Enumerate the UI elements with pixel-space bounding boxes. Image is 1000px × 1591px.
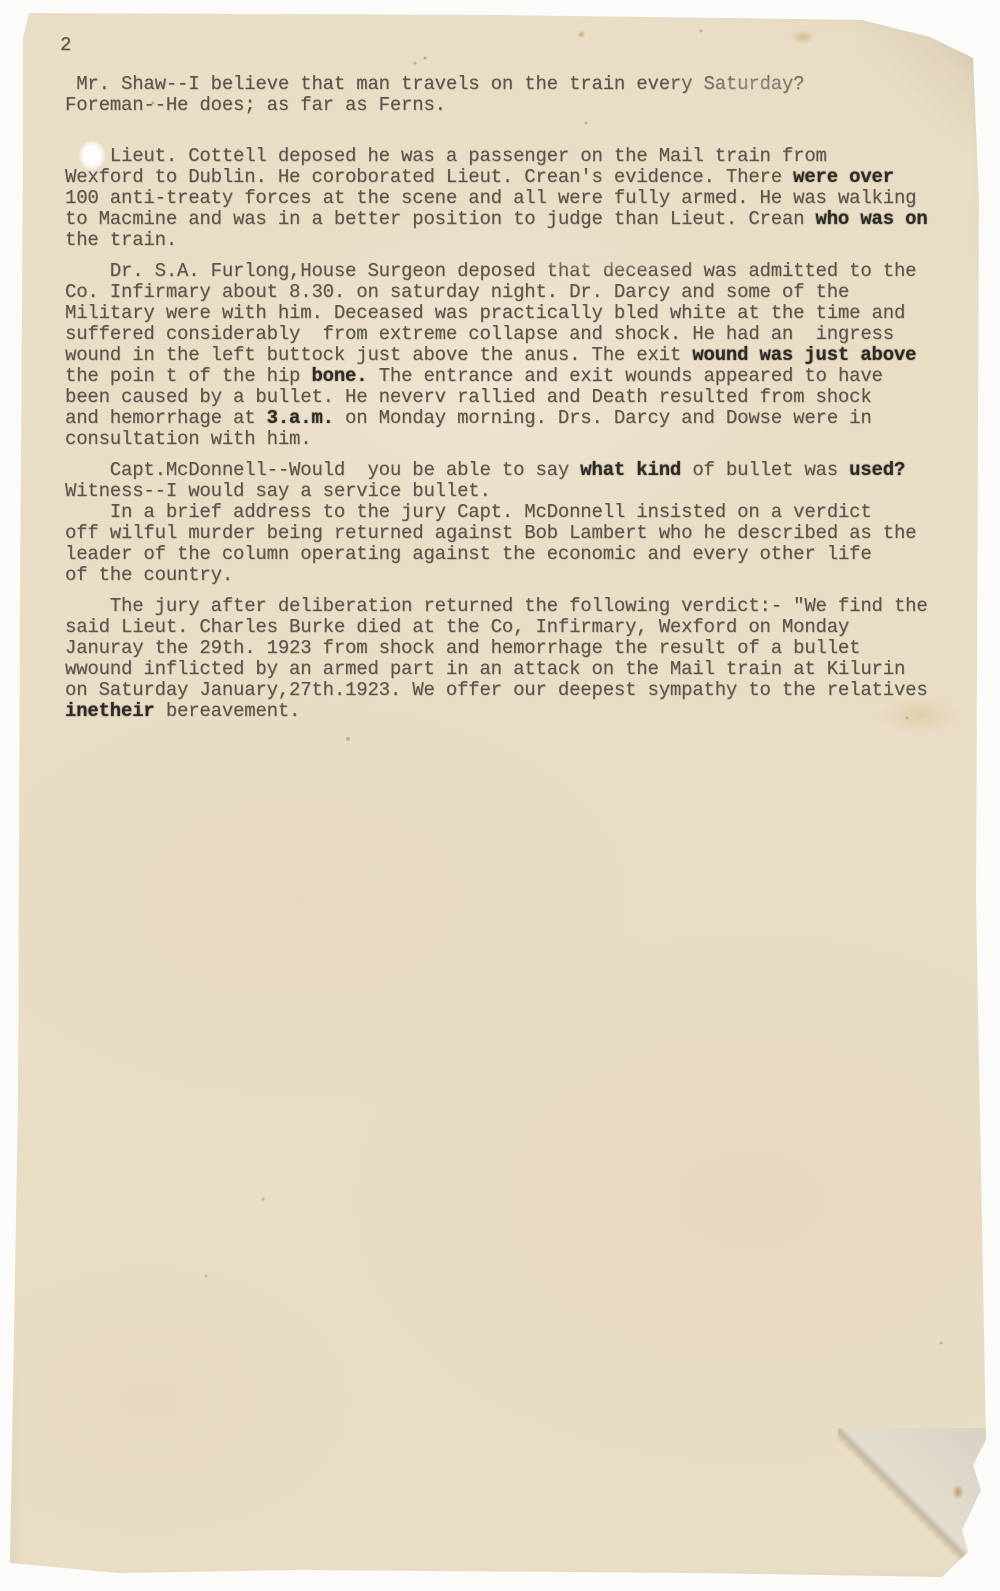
scanned-paper-sheet: 2 Mr. Shaw--I believe that man travels o…: [0, 0, 1000, 1591]
stain-top-edge: [788, 28, 818, 46]
paragraph-jury-verdict: The jury after deliberation returned the…: [65, 596, 928, 722]
paragraph-capt-mcdonnell: Capt.McDonnell--Would you be able to say…: [65, 460, 928, 586]
stain-bottom-right: [951, 1483, 965, 1501]
paragraph-shaw-foreman: Mr. Shaw--I believe that man travels on …: [65, 74, 928, 116]
page-number: 2: [60, 34, 71, 56]
paper-fold-bottom-right: [838, 1428, 1000, 1591]
paragraph-dr-furlong: Dr. S.A. Furlong,House Surgeon deposed t…: [65, 261, 928, 450]
paper-specks: [0, 0, 2, 2]
paragraph-lieut-cottell: Lieut. Cottell deposed he was a passenge…: [65, 146, 928, 251]
document-text: Mr. Shaw--I believe that man travels on …: [65, 74, 928, 732]
stain-dot-top: [577, 30, 586, 39]
